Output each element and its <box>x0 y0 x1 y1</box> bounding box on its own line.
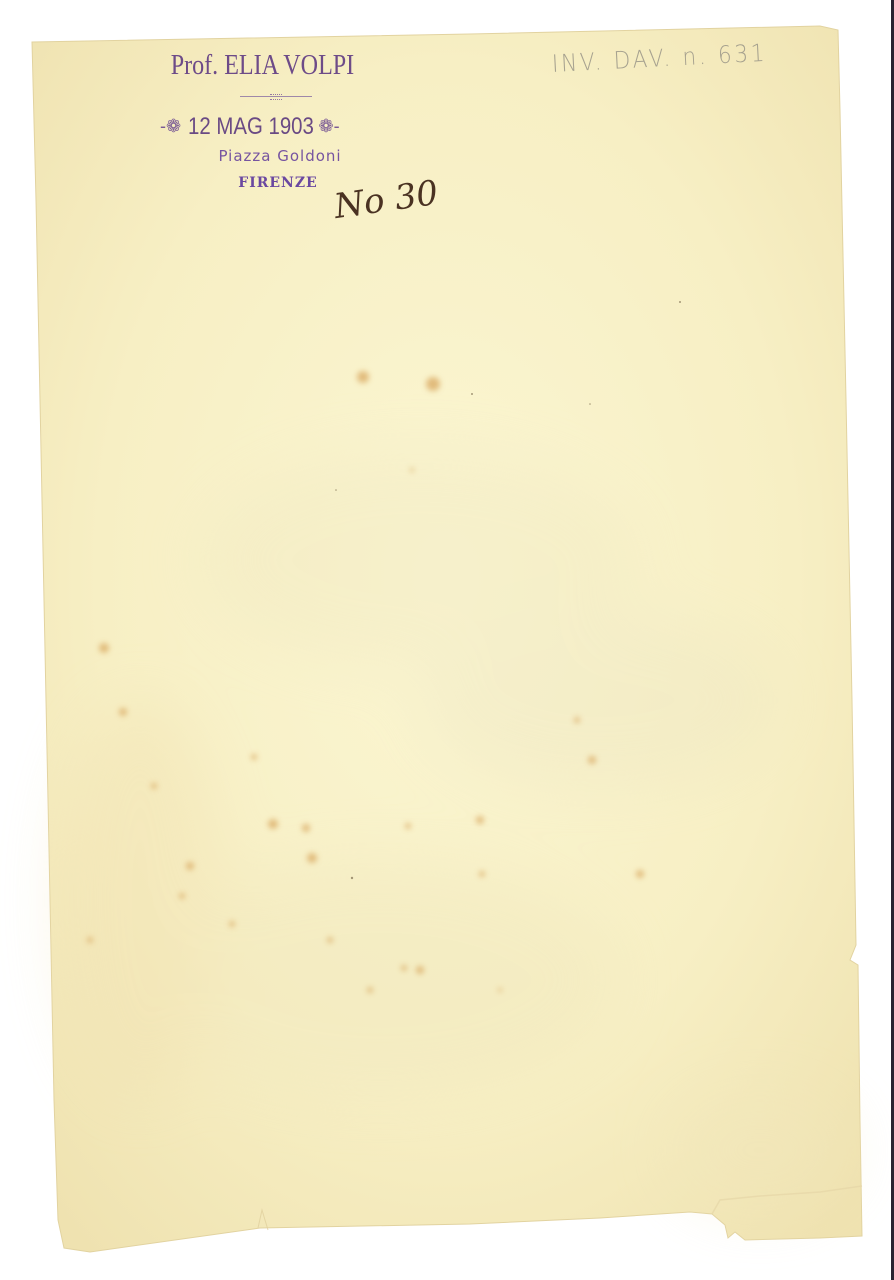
stamp-date: 12 MAG 1903 <box>188 113 314 141</box>
ornament-left-icon: -❁ <box>160 116 181 136</box>
stamp-city: FIRENZE <box>218 175 338 191</box>
stamp-street: Piazza Goldoni <box>190 147 370 165</box>
stamp-collector-name: Prof. ELIA VOLPI <box>170 50 355 82</box>
stamp-divider-ornament <box>240 96 312 97</box>
paper-sheet: Prof. ELIA VOLPI -❁ 12 MAG 1903 ❁- Piazz… <box>0 0 894 1280</box>
ornament-right-icon: ❁- <box>319 116 340 136</box>
stamp-date-line: -❁ 12 MAG 1903 ❁- <box>160 113 400 141</box>
paper-background <box>0 0 894 1280</box>
